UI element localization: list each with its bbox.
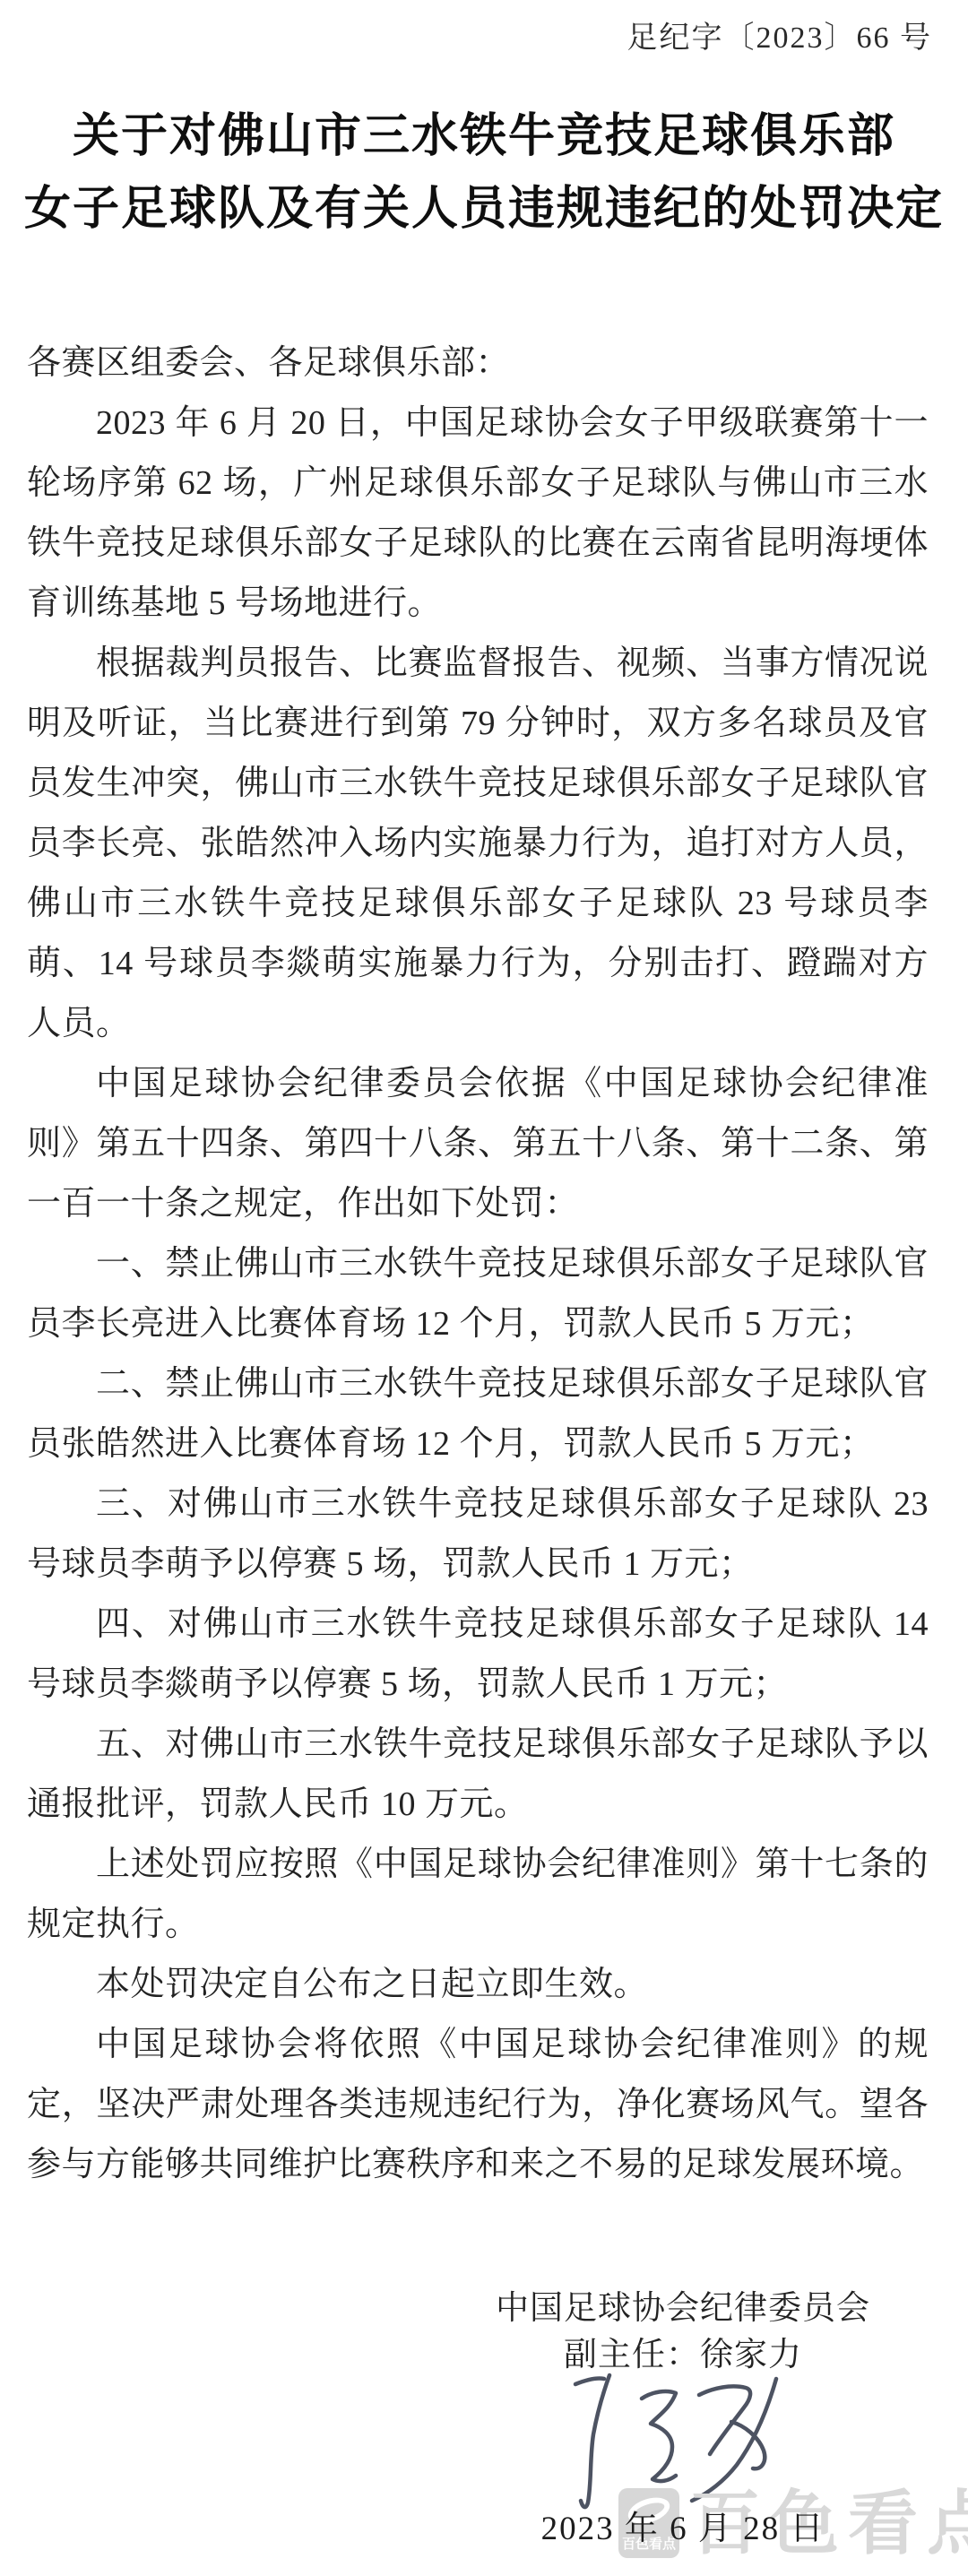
signature-block: 中国足球协会纪律委员会 副主任：徐家力 — [491, 2286, 875, 2379]
document-title: 关于对佛山市三水铁牛竞技足球俱乐部 女子足球队及有关人员违规违纪的处罚决定 — [0, 100, 968, 246]
penalty-item-1: 一、禁止佛山市三水铁牛竞技足球俱乐部女子足球队官员李长亮进入比赛体育场 12 个… — [27, 1234, 929, 1354]
penalty-item-4: 四、对佛山市三水铁牛竞技足球俱乐部女子足球队 14 号球员李燚萌予以停赛 5 场… — [27, 1595, 929, 1715]
paragraph-closing-statement: 中国足球协会将依照《中国足球协会纪律准则》的规定，坚决严肃处理各类违规违纪行为，… — [27, 2015, 929, 2195]
paragraph-effective-date: 本处罚决定自公布之日起立即生效。 — [27, 1955, 929, 2015]
document-number: 足纪字〔2023〕66 号 — [627, 13, 933, 56]
paragraph-match-info: 2023 年 6 月 20 日，中国足球协会女子甲级联赛第十一轮场序第 62 场… — [27, 393, 929, 634]
document-title-line2: 女子足球队及有关人员违规违纪的处罚决定 — [0, 173, 968, 246]
issuing-organization: 中国足球协会纪律委员会 — [491, 2286, 875, 2332]
paragraph-rules-basis: 中国足球协会纪律委员会依据《中国足球协会纪律准则》第五十四条、第四十八条、第五十… — [27, 1054, 929, 1234]
salutation: 各赛区组委会、各足球俱乐部： — [27, 333, 929, 393]
paragraph-incident-findings: 根据裁判员报告、比赛监督报告、视频、当事方情况说明及听证，当比赛进行到第 79 … — [27, 634, 929, 1054]
document-title-line1: 关于对佛山市三水铁牛竞技足球俱乐部 — [0, 100, 968, 173]
penalty-item-2: 二、禁止佛山市三水铁牛竞技足球俱乐部女子足球队官员张皓然进入比赛体育场 12 个… — [27, 1354, 929, 1474]
document-date: 2023 年 6 月 28 日 — [491, 2501, 875, 2549]
penalty-item-5: 五、对佛山市三水铁牛竞技足球俱乐部女子足球队予以通报批评，罚款人民币 10 万元… — [27, 1715, 929, 1835]
paragraph-execution: 上述处罚应按照《中国足球协会纪律准则》第十七条的规定执行。 — [27, 1835, 929, 1955]
penalty-item-3: 三、对佛山市三水铁牛竞技足球俱乐部女子足球队 23 号球员李萌予以停赛 5 场，… — [27, 1474, 929, 1595]
document-body: 各赛区组委会、各足球俱乐部： 2023 年 6 月 20 日，中国足球协会女子甲… — [27, 333, 929, 2195]
official-document-page: 足纪字〔2023〕66 号 关于对佛山市三水铁牛竞技足球俱乐部 女子足球队及有关… — [0, 0, 968, 2576]
